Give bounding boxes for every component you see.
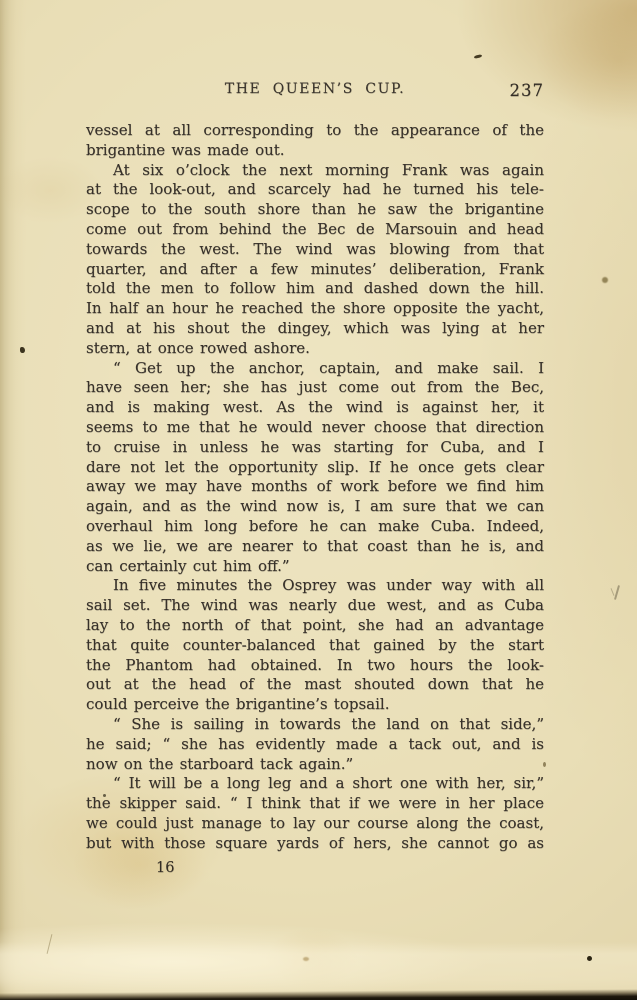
running-title: THE QUEEN’S CUP. <box>86 81 544 101</box>
text-line: he said; “ she has evidently made a tack… <box>86 735 544 755</box>
paragraph: “ Get up the anchor, captain, and make s… <box>86 359 544 577</box>
text-line: stern, at once rowed ashore. <box>86 339 544 359</box>
text-line: “ Get up the anchor, captain, and make s… <box>86 359 544 379</box>
pen-mark <box>611 588 615 596</box>
text-line: but with those square yards of hers, she… <box>86 834 544 854</box>
text-line: as we lie, we are nearer to that coast t… <box>86 537 544 557</box>
paragraph: “ She is sailing in towards the land on … <box>86 715 544 774</box>
text-line: away we may have months of work before w… <box>86 477 544 497</box>
text-line: to cruise in unless he was starting for … <box>86 438 544 458</box>
text-line: the skipper said. “ I think that if we w… <box>86 794 544 814</box>
text-line: come out from behind the Bec de Marsouin… <box>86 220 544 240</box>
paragraph: In five minutes the Osprey was under way… <box>86 576 544 715</box>
page-bottom-edge-shadow <box>0 989 637 1000</box>
ink-speck <box>587 956 592 961</box>
text-line: vessel at all corresponding to the appea… <box>86 121 544 141</box>
ink-speck <box>20 347 25 353</box>
text-line: told the men to follow him and dashed do… <box>86 279 544 299</box>
paragraph: “ It will be a long leg and a short one … <box>86 774 544 853</box>
text-line: “ It will be a long leg and a short one … <box>86 774 544 794</box>
text-line: again, and as the wind now is, I am sure… <box>86 497 544 517</box>
text-line: and is making west. As the wind is again… <box>86 398 544 418</box>
pen-mark <box>614 585 620 600</box>
ink-speck <box>303 957 309 961</box>
text-line: have seen her; she has just come out fro… <box>86 378 544 398</box>
signature-mark: 16 <box>156 860 174 876</box>
text-line: could perceive the brigantine’s topsail. <box>86 695 544 715</box>
text-line: we could just manage to lay our course a… <box>86 814 544 834</box>
ink-speck <box>103 794 106 797</box>
text-line: now on the starboard tack again.” <box>86 755 544 775</box>
text-line: towards the west. The wind was blowing f… <box>86 240 544 260</box>
text-line: that quite counter-balanced that gained … <box>86 636 544 656</box>
crease-line <box>47 934 53 954</box>
text-line: out at the head of the mast shouted down… <box>86 675 544 695</box>
text-line: dare not let the opportunity slip. If he… <box>86 458 544 478</box>
page-number: 237 <box>510 81 545 100</box>
text-line: and at his shout the dingey, which was l… <box>86 319 544 339</box>
paragraph: At six o’clock the next morning Frank wa… <box>86 161 544 359</box>
text-line: “ She is sailing in towards the land on … <box>86 715 544 735</box>
text-line: overhaul him long before he can make Cub… <box>86 517 544 537</box>
text-line: sail set. The wind was nearly due west, … <box>86 596 544 616</box>
text-line: at the look-out, and scarcely had he tur… <box>86 180 544 200</box>
ink-speck <box>474 54 482 59</box>
ink-speck <box>543 762 546 767</box>
text-line: At six o’clock the next morning Frank wa… <box>86 161 544 181</box>
text-line: the Phantom had obtained. In two hours t… <box>86 656 544 676</box>
text-line: lay to the north of that point, she had … <box>86 616 544 636</box>
book-page-scan: THE QUEEN’S CUP. 237 vessel at all corre… <box>0 0 637 1000</box>
text-line: quarter, and after a few minutes’ delibe… <box>86 260 544 280</box>
text-line: In half an hour he reached the shore opp… <box>86 299 544 319</box>
ink-speck <box>602 277 608 283</box>
text-line: In five minutes the Osprey was under way… <box>86 576 544 596</box>
text-line: can certainly cut him off.” <box>86 557 544 577</box>
text-block: vessel at all corresponding to the appea… <box>86 121 544 853</box>
text-line: scope to the south shore than he saw the… <box>86 200 544 220</box>
text-line: brigantine was made out. <box>86 141 544 161</box>
paragraph: vessel at all corresponding to the appea… <box>86 121 544 161</box>
text-line: seems to me that he would never choose t… <box>86 418 544 438</box>
